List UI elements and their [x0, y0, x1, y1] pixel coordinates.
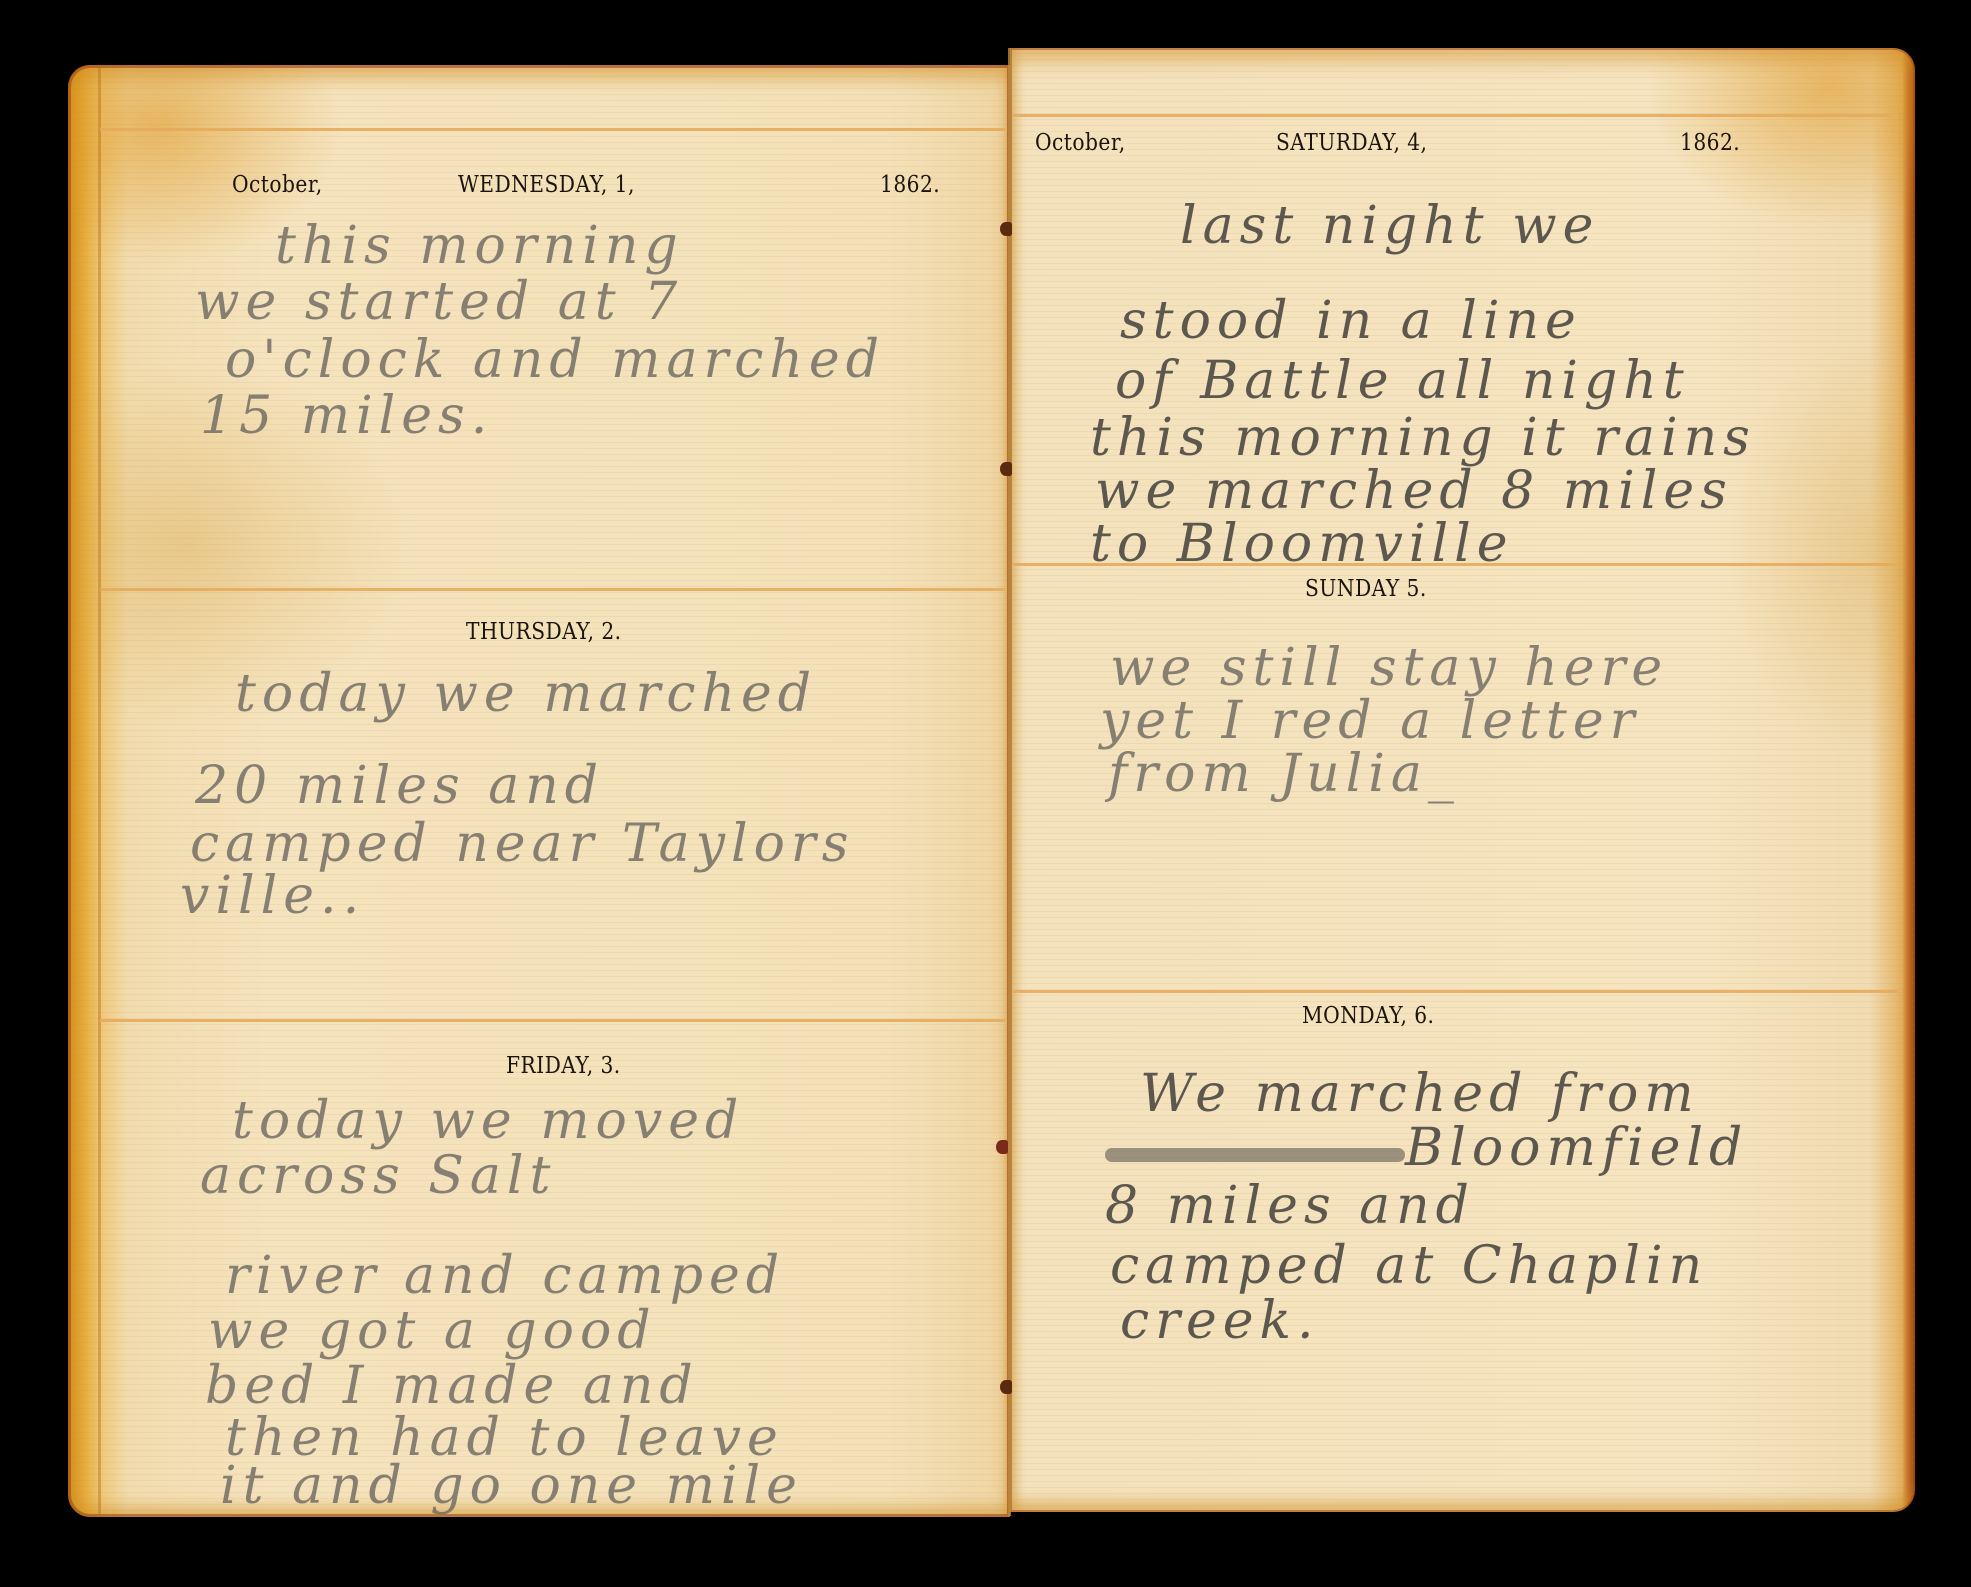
section-rule-friday — [100, 1019, 1005, 1022]
handwritten-line: from Julia_ — [1108, 748, 1460, 800]
section-rule-thursday — [100, 588, 1005, 591]
handwritten-line: this morning it rains — [1090, 412, 1756, 464]
handwritten-line: stood in a line — [1120, 295, 1582, 347]
book-gutter — [1008, 48, 1011, 1516]
month-label-right: October, — [1035, 132, 1126, 155]
handwritten-line: we got a good — [208, 1305, 657, 1357]
day-heading-sunday: SUNDAY 5. — [1305, 578, 1427, 601]
handwritten-line: 8 miles and — [1105, 1180, 1475, 1232]
day-heading-monday: MONDAY, 6. — [1302, 1005, 1434, 1028]
handwritten-line: 15 miles. — [200, 390, 493, 442]
handwritten-line: 20 miles and — [195, 760, 604, 812]
handwritten-line: it and go one mile — [220, 1460, 803, 1512]
handwritten-line: this morning — [275, 220, 684, 272]
handwritten-line: today we marched — [235, 668, 817, 720]
day-heading-saturday: SATURDAY, 4, — [1276, 132, 1427, 155]
handwritten-line: river and camped — [225, 1250, 785, 1302]
header-rule-right — [1013, 114, 1898, 117]
handwritten-line: we marched 8 miles — [1095, 465, 1733, 517]
handwritten-line: creek. — [1120, 1295, 1320, 1347]
day-heading-friday: FRIDAY, 3. — [506, 1055, 621, 1078]
handwritten-line: camped at Chaplin — [1110, 1240, 1708, 1292]
stitch-hole — [1000, 462, 1012, 476]
day-heading-wednesday: WEDNESDAY, 1, — [458, 174, 635, 197]
stitch-hole — [996, 1140, 1008, 1154]
year-label-left: 1862. — [880, 174, 940, 197]
handwritten-line: o'clock and marched — [225, 334, 885, 386]
day-heading-thursday: THURSDAY, 2. — [466, 621, 622, 644]
handwritten-line: ville.. — [180, 870, 365, 922]
handwritten-line: Bloomfield — [1405, 1122, 1748, 1174]
handwritten-line: across Salt — [200, 1150, 556, 1202]
year-label-right: 1862. — [1680, 132, 1740, 155]
header-rule-left — [100, 128, 1005, 131]
handwritten-line: We marched from — [1140, 1068, 1700, 1120]
handwritten-line: last night we — [1180, 200, 1599, 252]
handwritten-line: camped near Taylors — [190, 818, 854, 870]
stitch-hole — [1000, 222, 1012, 236]
month-label-left: October, — [232, 174, 323, 197]
page-edge — [98, 65, 101, 1517]
handwritten-line: we started at 7 — [195, 276, 683, 328]
handwritten-line: yet I red a letter — [1100, 695, 1640, 747]
handwritten-line: bed I made and — [205, 1360, 699, 1412]
handwritten-line: to Bloomville — [1090, 518, 1514, 570]
handwritten-line: of Battle all night — [1115, 355, 1690, 407]
handwritten-line: we still stay here — [1110, 642, 1668, 694]
struck-out-text — [1105, 1148, 1405, 1162]
handwritten-line: today we moved — [232, 1095, 744, 1147]
section-rule-monday — [1013, 990, 1898, 993]
stitch-hole — [1000, 1380, 1012, 1394]
